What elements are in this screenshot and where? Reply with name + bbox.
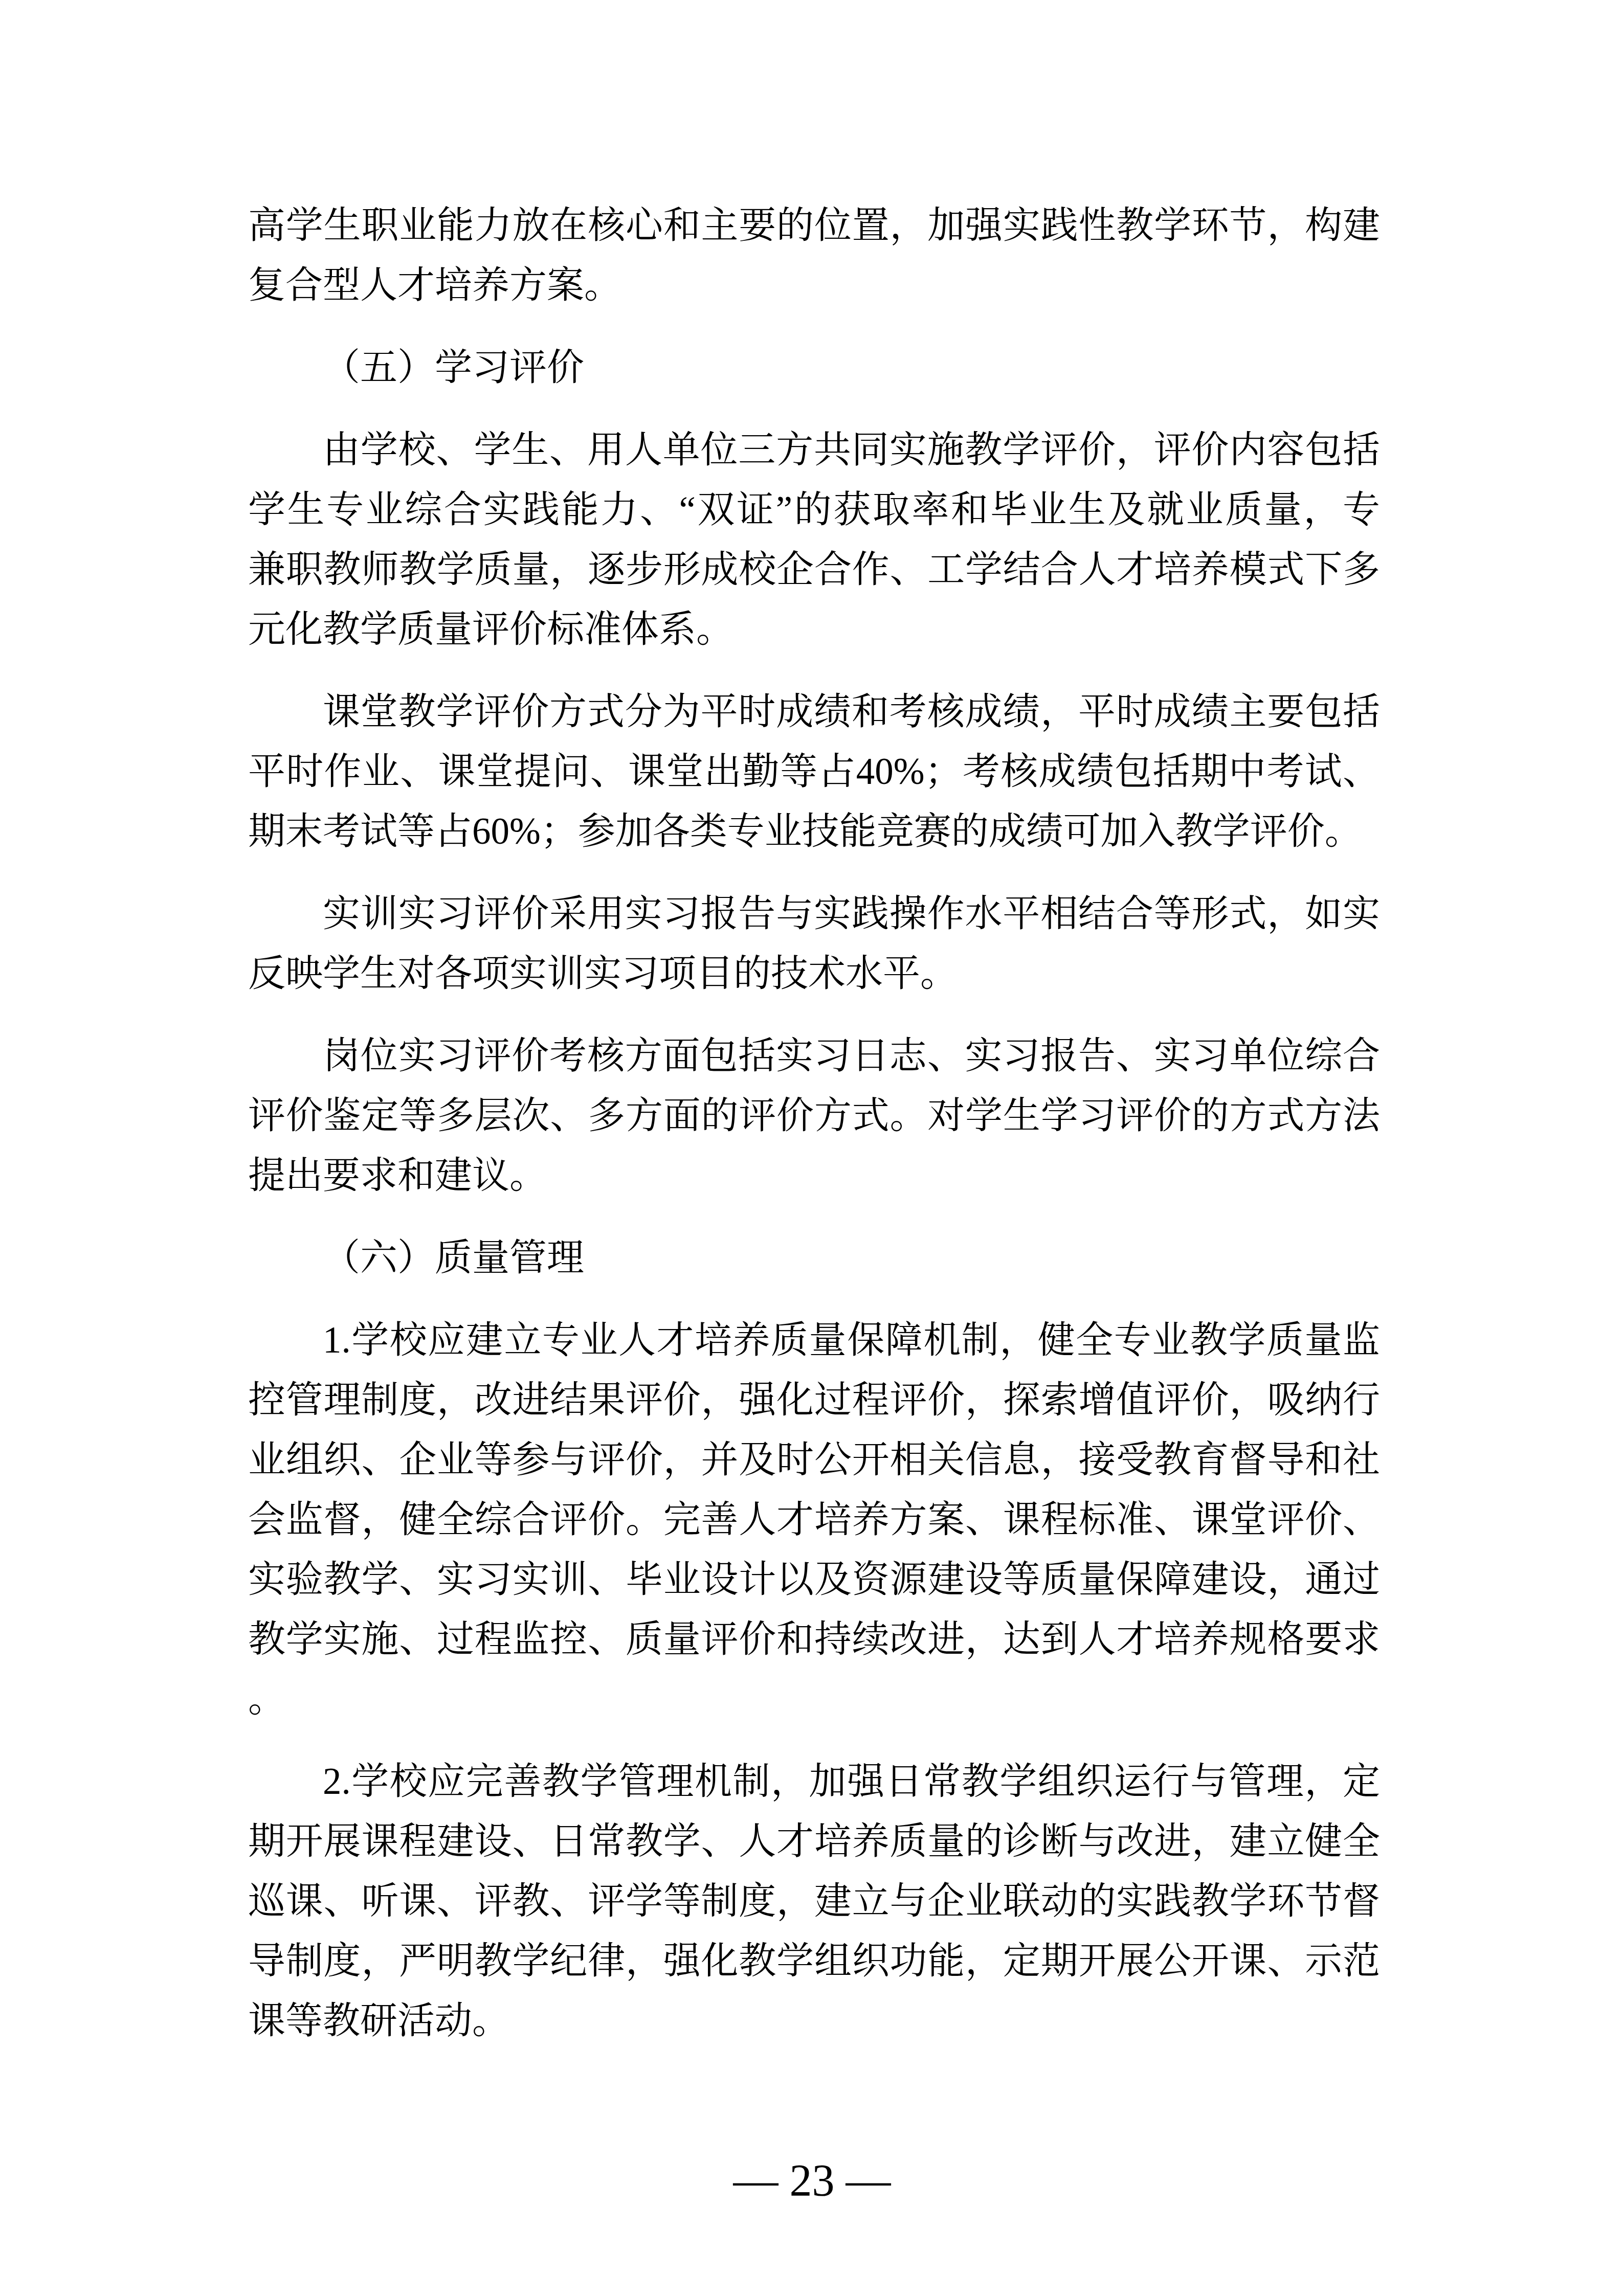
para-post-internship-evaluation: 岗位实习评价考核方面包括实习日志、实习报告、实习单位综合评价鉴定等多层次、多方面… (248, 1026, 1380, 1205)
heading-line: （六）质量管理 (248, 1228, 1380, 1288)
text-line: 期开展课程建设、日常教学、人才培养质量的诊断与改进，建立健全 (248, 1811, 1380, 1871)
text-line: 复合型人才培养方案。 (248, 255, 1380, 315)
para-continued-from-previous-page: 高学生职业能力放在核心和主要的位置，加强实践性教学环节，构建复合型人才培养方案。 (248, 195, 1380, 315)
text-line: 岗位实习评价考核方面包括实习日志、实习报告、实习单位综合 (248, 1026, 1380, 1086)
document-page: 高学生职业能力放在核心和主要的位置，加强实践性教学环节，构建复合型人才培养方案。… (0, 0, 1624, 2296)
text-line: 业组织、企业等参与评价，并及时公开相关信息，接受教育督导和社 (248, 1430, 1380, 1490)
heading-section-5: （五）学习评价 (248, 337, 1380, 397)
text-line: 巡课、听课、评教、评学等制度，建立与企业联动的实践教学环节督 (248, 1871, 1380, 1931)
text-line: 由学校、学生、用人单位三方共同实施教学评价，评价内容包括 (248, 420, 1380, 480)
para-quality-assurance-item-1: 1.学校应建立专业人才培养质量保障机制，健全专业教学质量监控管理制度，改进结果评… (248, 1310, 1380, 1729)
text-line: 学生专业综合实践能力、“双证”的获取率和毕业生及就业质量，专 (248, 480, 1380, 539)
para-quality-assurance-item-2: 2.学校应完善教学管理机制，加强日常教学组织运行与管理，定期开展课程建设、日常教… (248, 1751, 1380, 2051)
text-line: 兼职教师教学质量，逐步形成校企合作、工学结合人才培养模式下多 (248, 539, 1380, 599)
text-line: 。 (248, 1669, 1380, 1729)
text-line: 平时作业、课堂提问、课堂出勤等占40%；考核成绩包括期中考试、 (248, 741, 1380, 801)
text-line: 教学实施、过程监控、质量评价和持续改进，达到人才培养规格要求 (248, 1609, 1380, 1669)
text-line: 提出要求和建议。 (248, 1145, 1380, 1205)
text-line: 会监督，健全综合评价。完善人才培养方案、课程标准、课堂评价、 (248, 1490, 1380, 1549)
text-line: 控管理制度，改进结果评价，强化过程评价，探索增值评价，吸纳行 (248, 1370, 1380, 1430)
text-line: 元化教学质量评价标准体系。 (248, 599, 1380, 659)
text-line: 反映学生对各项实训实习项目的技术水平。 (248, 943, 1380, 1003)
para-classroom-evaluation: 课堂教学评价方式分为平时成绩和考核成绩，平时成绩主要包括平时作业、课堂提问、课堂… (248, 682, 1380, 861)
text-line: 1.学校应建立专业人才培养质量保障机制，健全专业教学质量监 (248, 1310, 1380, 1370)
text-line: 评价鉴定等多层次、多方面的评价方式。对学生学习评价的方式方法 (248, 1086, 1380, 1145)
heading-line: （五）学习评价 (248, 337, 1380, 397)
text-line: 课堂教学评价方式分为平时成绩和考核成绩，平时成绩主要包括 (248, 682, 1380, 741)
page-number: — 23 — (733, 2156, 891, 2205)
text-line: 导制度，严明教学纪律，强化教学组织功能，定期开展公开课、示范 (248, 1931, 1380, 1991)
text-line: 期末考试等占60%；参加各类专业技能竞赛的成绩可加入教学评价。 (248, 801, 1380, 861)
page-footer: — 23 — (0, 2148, 1624, 2214)
text-line: 高学生职业能力放在核心和主要的位置，加强实践性教学环节，构建 (248, 195, 1380, 255)
text-line: 课等教研活动。 (248, 1991, 1380, 2051)
text-line: 2.学校应完善教学管理机制，加强日常教学组织运行与管理，定 (248, 1751, 1380, 1811)
para-evaluation-overview: 由学校、学生、用人单位三方共同实施教学评价，评价内容包括学生专业综合实践能力、“… (248, 420, 1380, 659)
para-practical-training-evaluation: 实训实习评价采用实习报告与实践操作水平相结合等形式，如实反映学生对各项实训实习项… (248, 884, 1380, 1003)
text-line: 实训实习评价采用实习报告与实践操作水平相结合等形式，如实 (248, 884, 1380, 943)
heading-section-6: （六）质量管理 (248, 1228, 1380, 1288)
document-body: 高学生职业能力放在核心和主要的位置，加强实践性教学环节，构建复合型人才培养方案。… (248, 195, 1380, 2051)
text-line: 实验教学、实习实训、毕业设计以及资源建设等质量保障建设，通过 (248, 1549, 1380, 1609)
